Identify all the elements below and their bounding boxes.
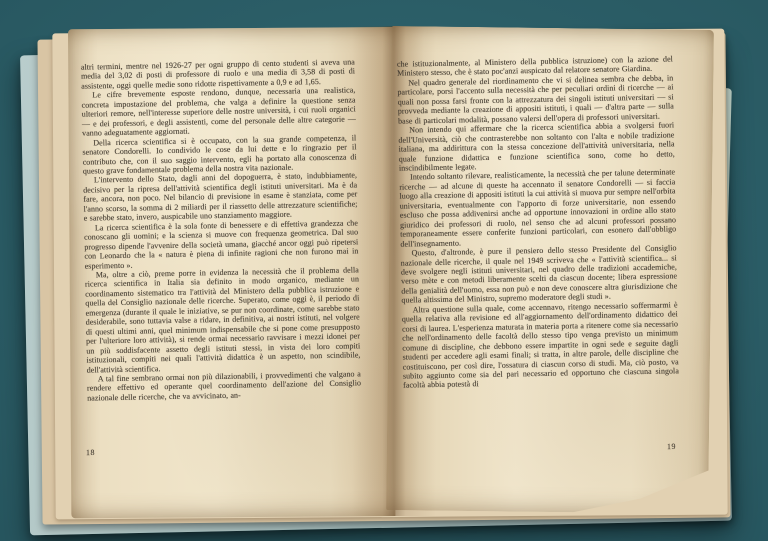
right-page-text: che istituzionalmente, al Ministero dell…: [397, 54, 679, 390]
paragraph: A tal fine sembrano ormai non più dilazi…: [87, 369, 361, 403]
left-page-text: altri termini, mentre nel 1926-27 per og…: [81, 57, 361, 403]
left-page-number: 18: [86, 448, 95, 457]
paragraph: Le cifre brevemente esposte rendono, dun…: [81, 86, 356, 139]
paragraph: Ma, oltre a ciò, preme porre in evidenza…: [85, 265, 361, 374]
paragraph: Questo, d'altronde, è pure il pensiero d…: [400, 243, 677, 305]
paragraph: L'intervento dello Stato, dagli anni del…: [83, 171, 358, 224]
paragraph: Nel quadro generale del riordinamento ch…: [397, 73, 674, 126]
right-page-number: 19: [667, 442, 676, 451]
photo-background: altri termini, mentre nel 1926-27 per og…: [0, 0, 768, 541]
paragraph: Non intendo qui affermare che la ricerca…: [398, 121, 675, 174]
paragraph: La ricerca scientifica è la sola fonte d…: [84, 218, 359, 271]
paragraph: Altra questione sulla quale, come accenn…: [402, 300, 680, 390]
paragraph: Della ricerca scientifica si è occupato,…: [82, 133, 357, 176]
paragraph: Intendo soltanto rilevare, realisticamen…: [399, 168, 676, 249]
